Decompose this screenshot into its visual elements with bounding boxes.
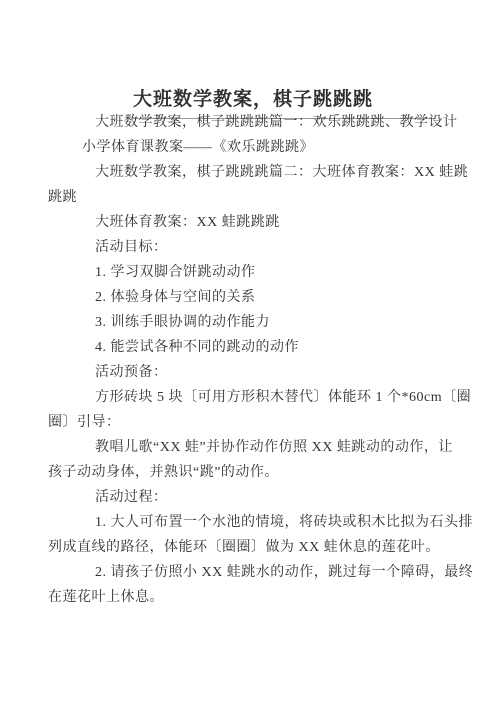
text-line: 教唱儿歌“XX 蛙”并协作动作仿照 XX 蛙跳动的动作，让 [0,435,500,460]
text-line: 大班数学教案，棋子跳跳跳篇一：欢乐跳跳跳、教学设计 [0,110,500,135]
text-line: 小学体育课教案——《欢乐跳跳跳》 [0,135,500,160]
text-line: 活动目标： [0,235,500,260]
text-line: 2. 体验身体与空间的关系 [0,285,500,310]
text-line: 1. 大人可布置一个水池的情境，将砖块或积木比拟为石头排 [0,510,500,535]
text-line: 列成直线的路径，体能环〔圈圈〕做为 XX 蛙休息的莲花叶。 [0,535,500,560]
text-line: 大班体育教案：XX 蛙跳跳跳 [0,210,500,235]
text-line: 在莲花叶上休息。 [0,585,500,610]
text-line: 圈〕引导： [0,410,500,435]
text-line: 活动预备： [0,360,500,385]
text-line: 1. 学习双脚合饼跳动动作 [0,260,500,285]
text-line: 方形砖块 5 块〔可用方形积木替代〕体能环 1 个*60cm〔圈 [0,385,500,410]
document-page: 大班数学教案，棋子跳跳跳 大班数学教案，棋子跳跳跳篇一：欢乐跳跳跳、教学设计 小… [0,0,500,708]
document-body: 大班数学教案，棋子跳跳跳篇一：欢乐跳跳跳、教学设计 小学体育课教案——《欢乐跳跳… [0,110,500,610]
text-line: 孩子动动身体，并熟识“跳”的动作。 [0,460,500,485]
text-line: 跳跳 [0,185,500,210]
text-line: 3. 训练手眼协调的动作能力 [0,310,500,335]
text-line: 4. 能尝试各种不同的跳动的动作 [0,335,500,360]
text-line: 活动过程： [0,485,500,510]
text-line: 2. 请孩子仿照小 XX 蛙跳水的动作，跳过每一个障碍，最终 [0,560,500,585]
text-line: 大班数学教案，棋子跳跳跳篇二：大班体育教案：XX 蛙跳 [0,160,500,185]
